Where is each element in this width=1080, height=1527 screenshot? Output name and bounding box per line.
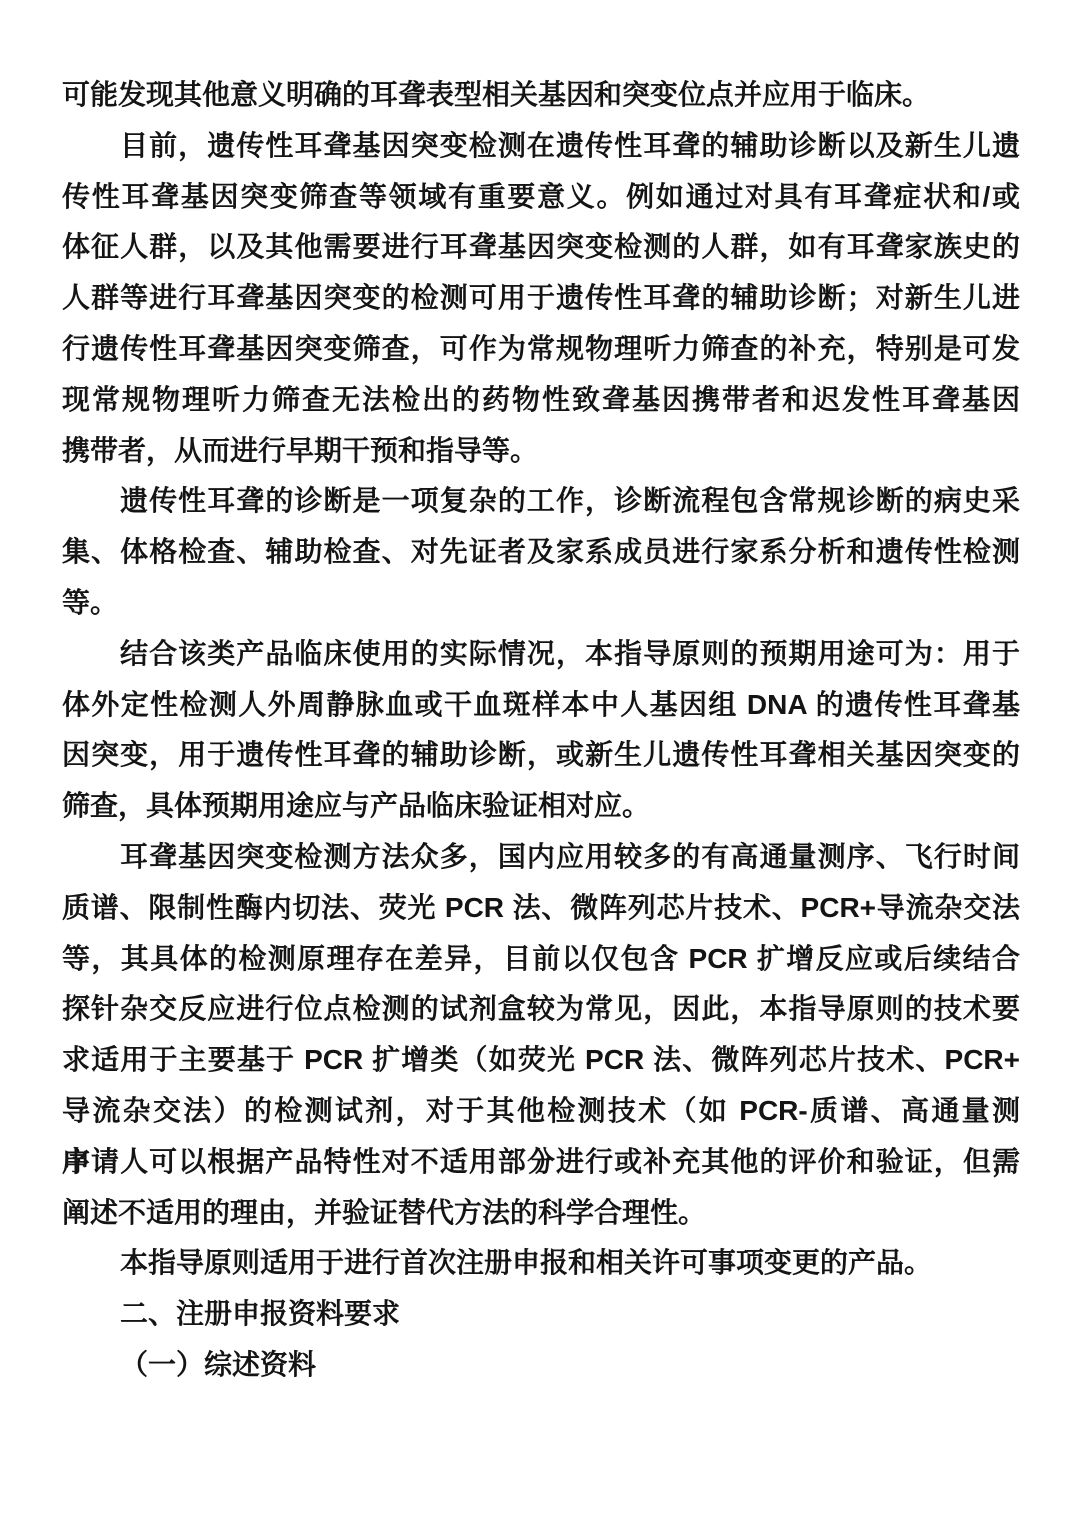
paragraph-line: 质谱、限制性酶内切法、荧光 PCR 法、微阵列芯片技术、PCR+导流杂交法 [62, 883, 1020, 934]
paragraph-first-line: 结合该类产品临床使用的实际情况，本指导原则的预期用途可为：用于 [62, 629, 1020, 680]
document-page: 可能发现其他意义明确的耳聋表型相关基因和突变位点并应用于临床。 目前，遗传性耳聋… [0, 0, 1080, 1527]
paragraph-end-line: 等。 [62, 578, 1020, 629]
paragraph-single-line: 本指导原则适用于进行首次注册申报和相关许可事项变更的产品。 [62, 1238, 1020, 1289]
paragraph-line: 现常规物理听力筛查无法检出的药物性致聋基因携带者和迟发性耳聋基因 [62, 375, 1020, 426]
paragraph-line: 体征人群，以及其他需要进行耳聋基因突变检测的人群，如有耳聋家族史的 [62, 222, 1020, 273]
paragraph-line: 等，其具体的检测原理存在差异，目前以仅包含 PCR 扩增反应或后续结合 [62, 934, 1020, 985]
paragraph-line: 申请人可以根据产品特性对不适用部分进行或补充其他的评价和验证，但需 [62, 1137, 1020, 1188]
paragraph-end-line: 阐述不适用的理由，并验证替代方法的科学合理性。 [62, 1188, 1020, 1239]
paragraph-end-line: 筛查，具体预期用途应与产品临床验证相对应。 [62, 781, 1020, 832]
paragraph-line: 导流杂交法）的检测试剂，对于其他检测技术（如 PCR-质谱、高通量测序）， [62, 1086, 1020, 1137]
paragraph-line: 因突变，用于遗传性耳聋的辅助诊断，或新生儿遗传性耳聋相关基因突变的 [62, 730, 1020, 781]
paragraph-line: 人群等进行耳聋基因突变的检测可用于遗传性耳聋的辅助诊断；对新生儿进 [62, 273, 1020, 324]
section-heading: 二、注册申报资料要求 [62, 1289, 1020, 1340]
paragraph-line: 探针杂交反应进行位点检测的试剂盒较为常见，因此，本指导原则的技术要 [62, 984, 1020, 1035]
paragraph-first-line: 耳聋基因突变检测方法众多，国内应用较多的有高通量测序、飞行时间 [62, 832, 1020, 883]
subsection-heading: （一）综述资料 [62, 1340, 1020, 1391]
paragraph-end-line: 可能发现其他意义明确的耳聋表型相关基因和突变位点并应用于临床。 [62, 70, 1020, 121]
paragraph-line: 行遗传性耳聋基因突变筛查，可作为常规物理听力筛查的补充，特别是可发 [62, 324, 1020, 375]
paragraph-line: 体外定性检测人外周静脉血或干血斑样本中人基因组 DNA 的遗传性耳聋基 [62, 680, 1020, 731]
paragraph-first-line: 遗传性耳聋的诊断是一项复杂的工作，诊断流程包含常规诊断的病史采 [62, 476, 1020, 527]
paragraph-first-line: 目前，遗传性耳聋基因突变检测在遗传性耳聋的辅助诊断以及新生儿遗 [62, 121, 1020, 172]
paragraph-line: 集、体格检查、辅助检查、对先证者及家系成员进行家系分析和遗传性检测 [62, 527, 1020, 578]
paragraph-end-line: 携带者，从而进行早期干预和指导等。 [62, 426, 1020, 477]
document-text-block: 可能发现其他意义明确的耳聋表型相关基因和突变位点并应用于临床。 目前，遗传性耳聋… [62, 70, 1020, 1391]
paragraph-line: 传性耳聋基因突变筛查等领域有重要意义。例如通过对具有耳聋症状和/或 [62, 172, 1020, 223]
paragraph-line: 求适用于主要基于 PCR 扩增类（如荧光 PCR 法、微阵列芯片技术、PCR+ [62, 1035, 1020, 1086]
